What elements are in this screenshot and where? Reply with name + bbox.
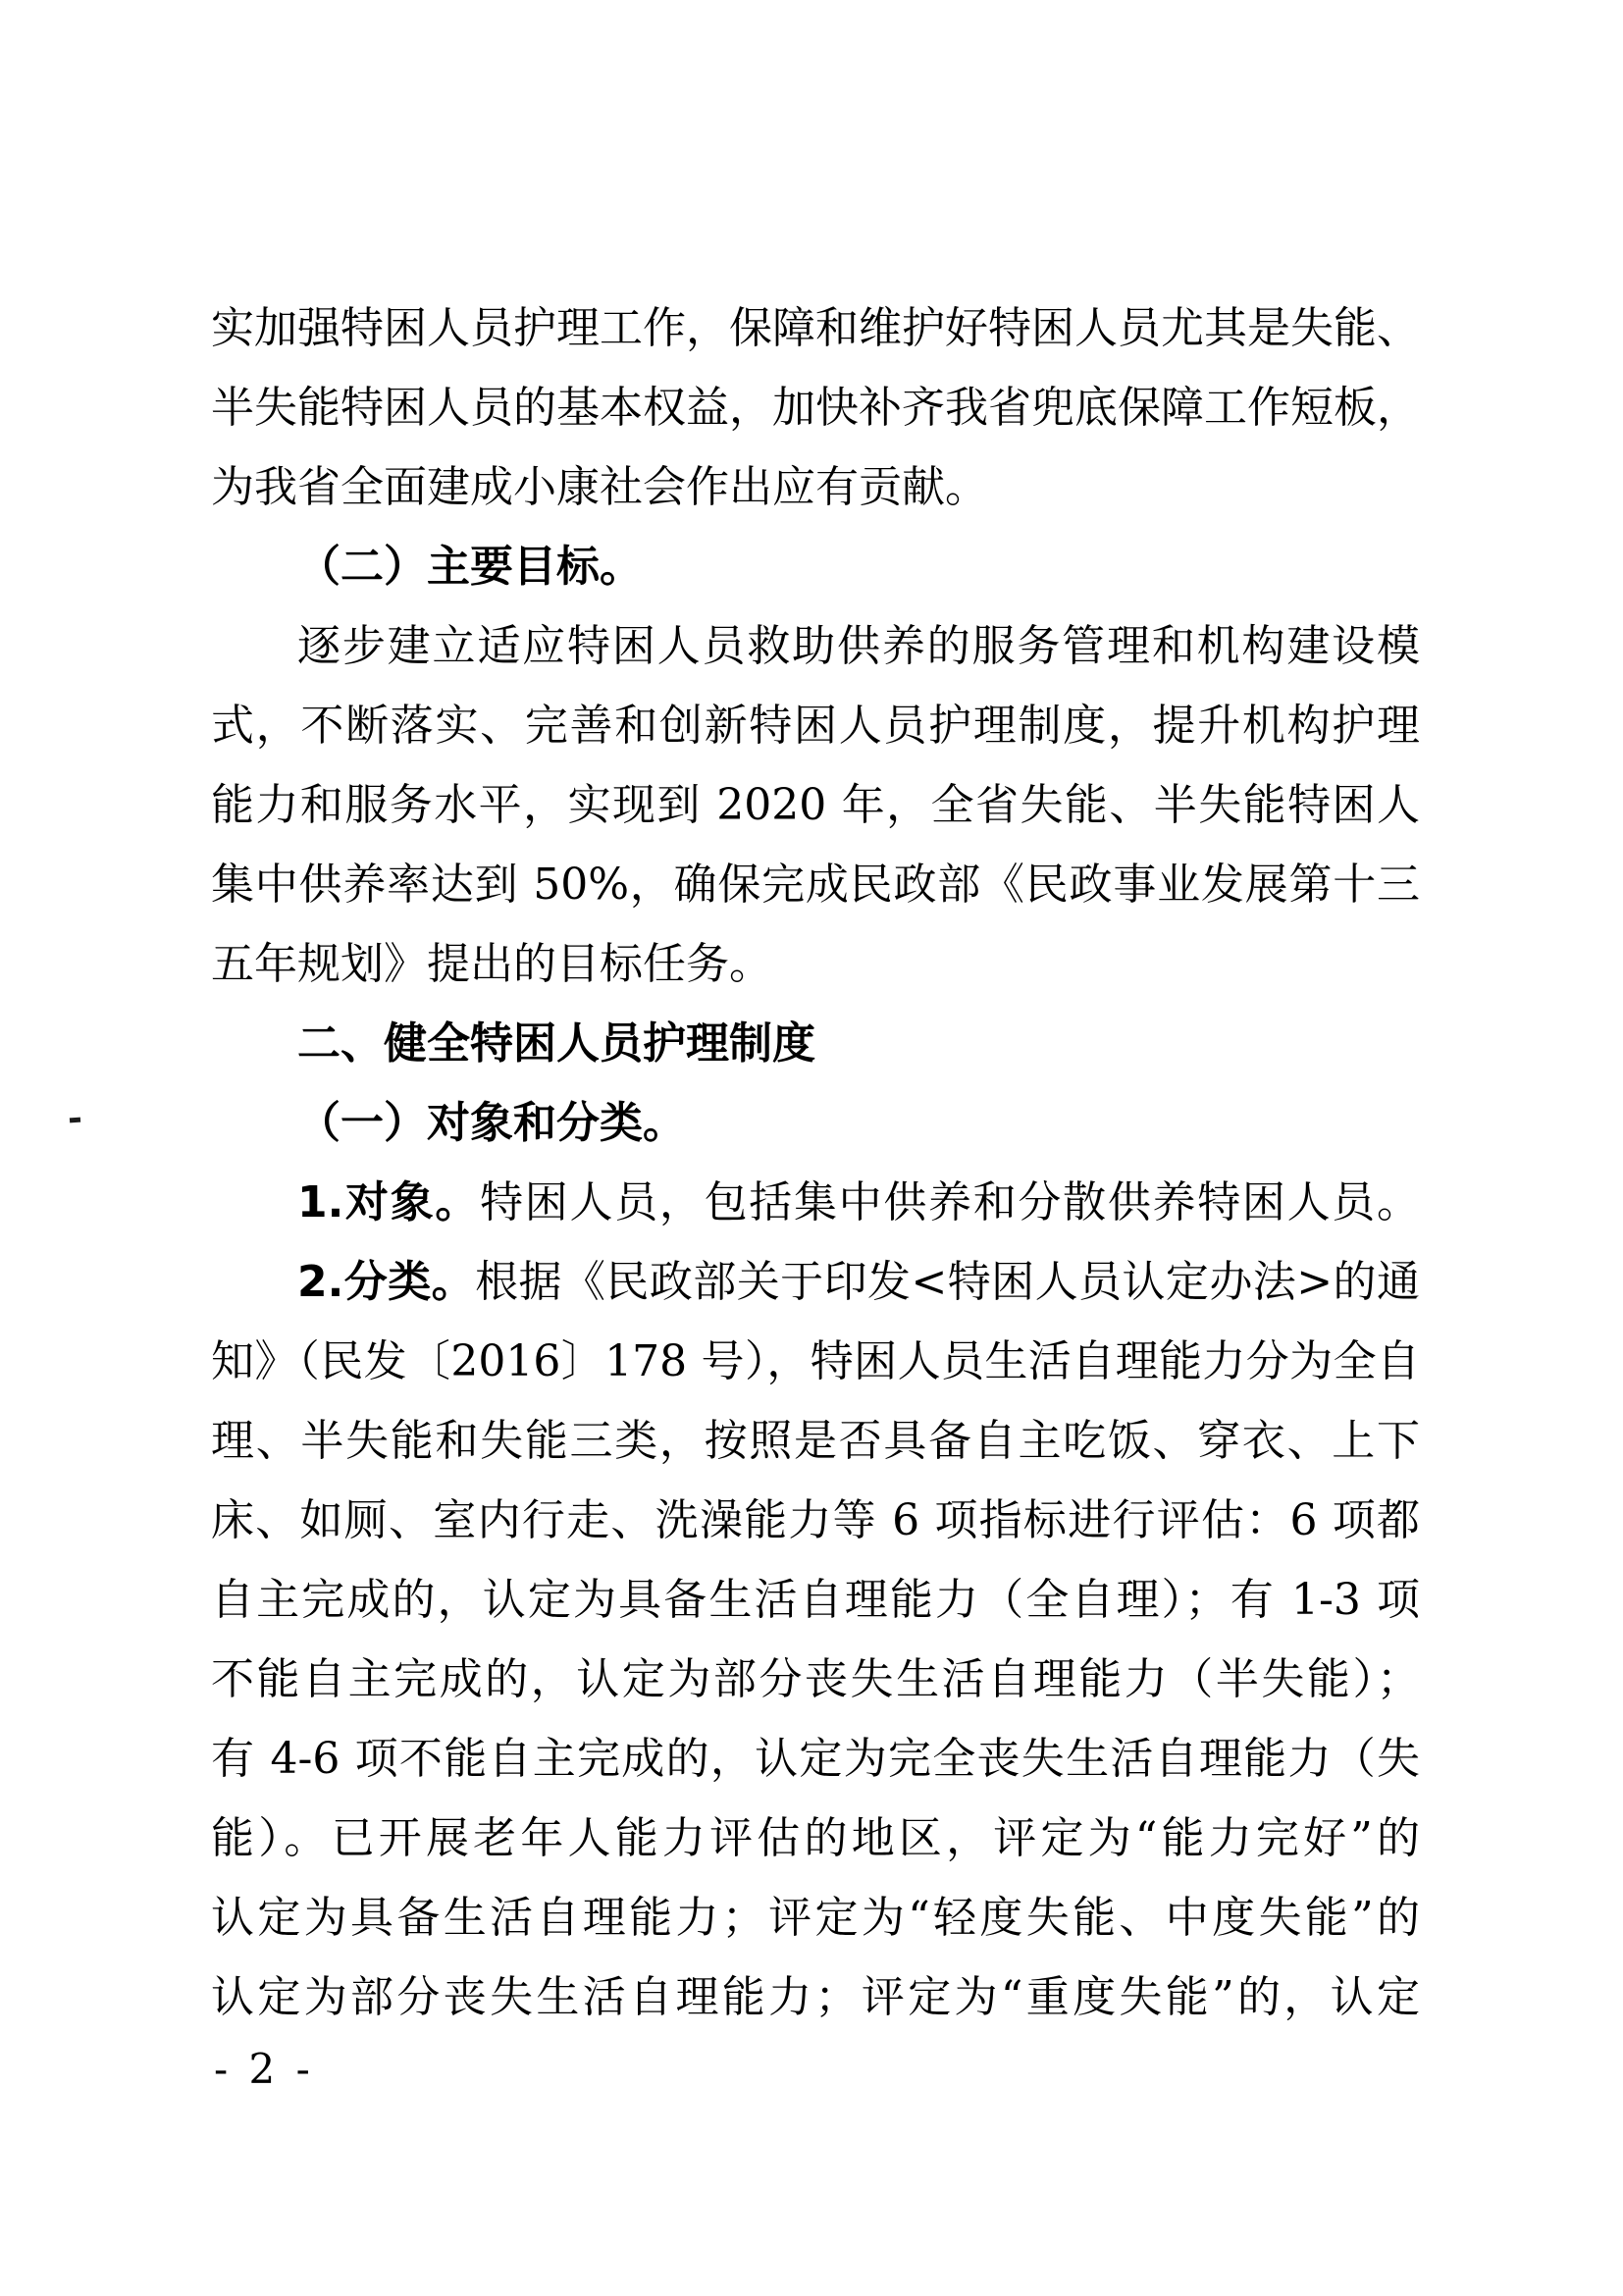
body-line: 能力和服务水平，实现到 2020 年，全省失能、半失能特困人员: [211, 765, 1420, 845]
scan-speck-artifact: [70, 1118, 80, 1123]
body-line: 五年规划》提出的目标任务。: [211, 924, 1420, 1004]
bold-run: 二、健全特困人员护理制度: [297, 1018, 815, 1069]
text-run: 式，不断落实、完善和创新特困人员护理制度，提升机构护理: [211, 701, 1420, 751]
body-line: 不能自主完成的，认定为部分丧失生活自理能力（半失能）；: [211, 1640, 1420, 1719]
text-run: 知》（民发〔2016〕178 号），特困人员生活自理能力分为全自: [211, 1336, 1420, 1386]
text-run: 理、半失能和失能三类，按照是否具备自主吃饭、穿衣、上下: [211, 1416, 1420, 1466]
body-line: 能）。已开展老年人能力评估的地区，评定为“能力完好”的: [211, 1799, 1420, 1878]
text-run: 半失能特困人员的基本权益，加快补齐我省兜底保障工作短板，: [211, 383, 1420, 433]
body-line: 式，不断落实、完善和创新特困人员护理制度，提升机构护理: [211, 686, 1420, 765]
bold-run: 2.分类。: [297, 1257, 475, 1307]
body-line: 床、如厕、室内行走、洗澡能力等 6 项指标进行评估：6 项都能: [211, 1481, 1420, 1560]
body-line: 认定为具备生活自理能力；评定为“轻度失能、中度失能”的: [211, 1878, 1420, 1957]
text-run: 认定为部分丧失生活自理能力；评定为“重度失能”的，认定: [211, 1972, 1420, 2022]
body-line: 2.分类。根据《民政部关于印发<特困人员认定办法>的通: [211, 1242, 1420, 1322]
body-line: 知》（民发〔2016〕178 号），特困人员生活自理能力分为全自: [211, 1322, 1420, 1401]
text-run: 根据《民政部关于印发<特困人员认定办法>的通: [475, 1257, 1420, 1307]
section-heading: （一）对象和分类。: [211, 1083, 1420, 1163]
bold-run: 1.对象。: [297, 1177, 480, 1227]
text-run: 自主完成的，认定为具备生活自理能力（全自理）；有 1-3 项: [211, 1575, 1420, 1625]
body-line: 有 4-6 项不能自主完成的，认定为完全丧失生活自理能力（失: [211, 1719, 1420, 1799]
body-line: 1.对象。特困人员，包括集中供养和分散供养特困人员。: [211, 1163, 1420, 1242]
body-line: 认定为部分丧失生活自理能力；评定为“重度失能”的，认定: [211, 1957, 1420, 2037]
bold-run: （二）主要目标。: [297, 542, 643, 592]
section-heading: 二、健全特困人员护理制度: [211, 1004, 1420, 1083]
text-run: 逐步建立适应特困人员救助供养的服务管理和机构建设模: [297, 621, 1420, 671]
document-page: 实加强特困人员护理工作，保障和维护好特困人员尤其是失能、半失能特困人员的基本权益…: [0, 0, 1623, 2296]
text-run: 为我省全面建成小康社会作出应有贡献。: [211, 462, 988, 512]
text-run: 五年规划》提出的目标任务。: [211, 939, 772, 989]
document-body: 实加强特困人员护理工作，保障和维护好特困人员尤其是失能、半失能特困人员的基本权益…: [211, 288, 1420, 2037]
body-line: 半失能特困人员的基本权益，加快补齐我省兜底保障工作短板，: [211, 368, 1420, 447]
body-line: 理、半失能和失能三类，按照是否具备自主吃饭、穿衣、上下: [211, 1401, 1420, 1481]
text-run: 有 4-6 项不能自主完成的，认定为完全丧失生活自理能力（失: [211, 1734, 1420, 1784]
body-line: 实加强特困人员护理工作，保障和维护好特困人员尤其是失能、: [211, 288, 1420, 368]
text-run: 集中供养率达到 50%，确保完成民政部《民政事业发展第十三个: [211, 860, 1420, 924]
bold-run: （一）对象和分类。: [297, 1098, 686, 1148]
section-heading: （二）主要目标。: [211, 527, 1420, 606]
text-run: 认定为具备生活自理能力；评定为“轻度失能、中度失能”的: [211, 1893, 1420, 1943]
text-run: 特困人员，包括集中供养和分散供养特困人员。: [480, 1177, 1420, 1227]
text-run: 能力和服务水平，实现到 2020 年，全省失能、半失能特困人员: [211, 780, 1420, 845]
text-run: 能）。已开展老年人能力评估的地区，评定为“能力完好”的: [211, 1813, 1420, 1863]
body-line: 自主完成的，认定为具备生活自理能力（全自理）；有 1-3 项: [211, 1560, 1420, 1640]
body-line: 集中供养率达到 50%，确保完成民政部《民政事业发展第十三个: [211, 845, 1420, 924]
body-line: 为我省全面建成小康社会作出应有贡献。: [211, 447, 1420, 527]
text-run: 实加强特困人员护理工作，保障和维护好特困人员尤其是失能、: [211, 303, 1420, 353]
text-run: 不能自主完成的，认定为部分丧失生活自理能力（半失能）；: [211, 1654, 1420, 1704]
page-number: - 2 -: [214, 2047, 314, 2092]
body-line: 逐步建立适应特困人员救助供养的服务管理和机构建设模: [211, 606, 1420, 686]
text-run: 床、如厕、室内行走、洗澡能力等 6 项指标进行评估：6 项都能: [211, 1495, 1420, 1560]
